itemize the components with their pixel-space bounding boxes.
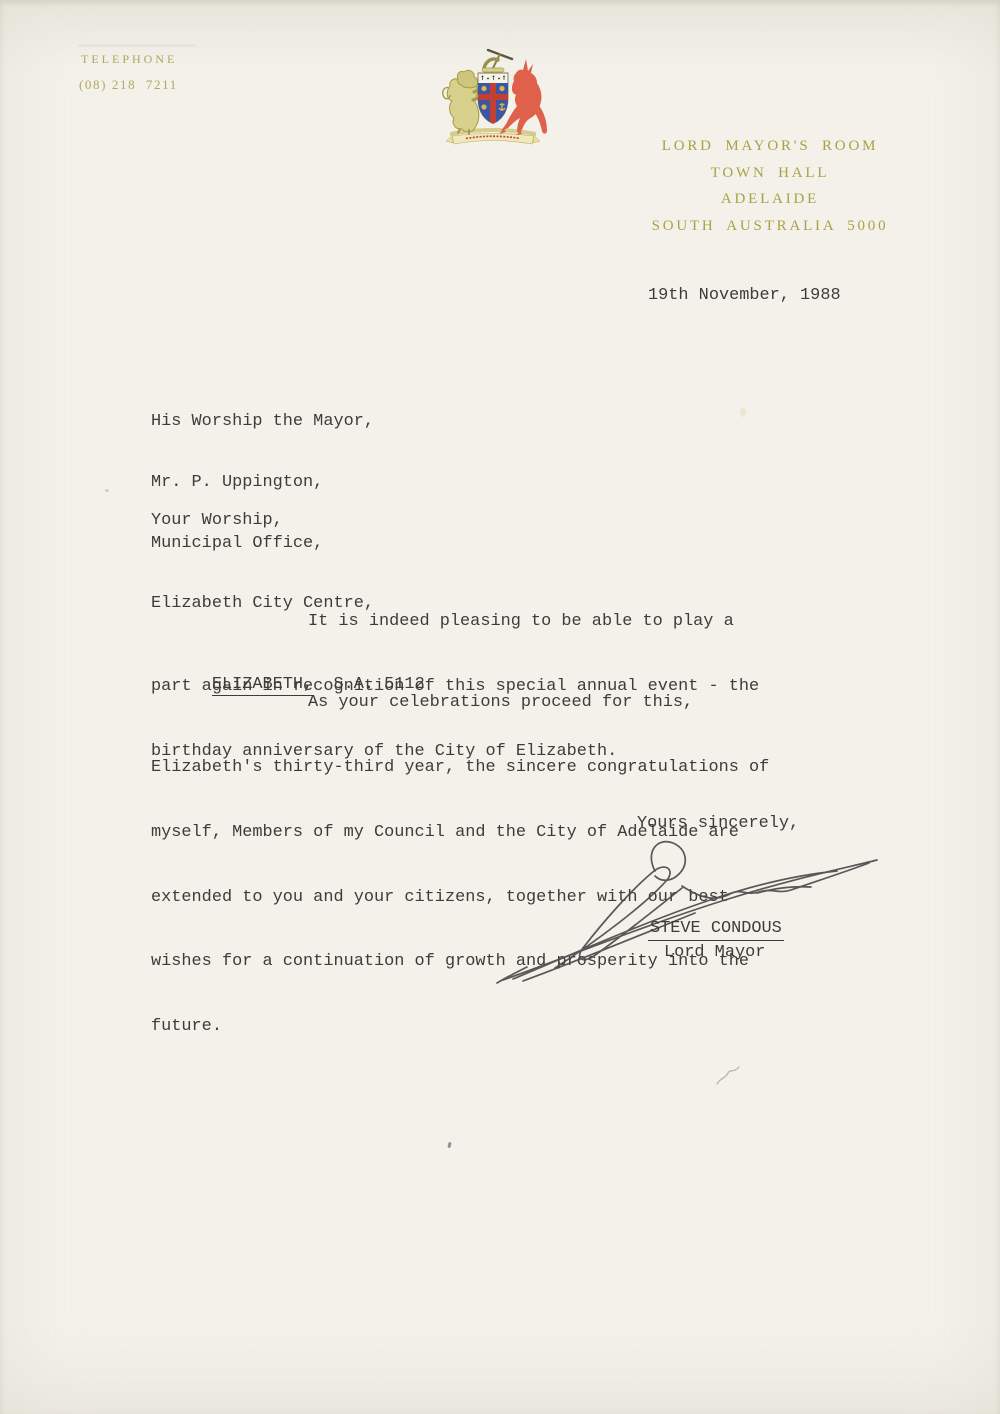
- body-paragraph-2: As your celebrations proceed for this, E…: [151, 649, 799, 1081]
- scan-speck: [740, 408, 746, 417]
- body-line: It is indeed pleasing to be able to play…: [151, 611, 799, 633]
- letterhead-line: SOUTH AUSTRALIA 5000: [570, 213, 970, 240]
- closing: Yours sincerely,: [637, 814, 799, 833]
- body-line: extended to you and your citizens, toget…: [151, 887, 799, 909]
- letterhead-line: TOWN HALL: [570, 160, 970, 187]
- letterhead-line: LORD MAYOR'S ROOM: [570, 133, 970, 160]
- body-line: future.: [151, 1016, 799, 1038]
- telephone-label: TELEPHONE: [81, 52, 177, 67]
- body-line: Elizabeth's thirty-third year, the since…: [151, 757, 799, 779]
- recipient-line: Mr. P. Uppington,: [151, 473, 425, 493]
- city-of-adelaide-crest-icon: [436, 42, 550, 150]
- letterhead-address: LORD MAYOR'S ROOM TOWN HALL ADELAIDE SOU…: [570, 133, 970, 239]
- telephone-number: (08) 218 7211: [79, 77, 178, 93]
- salutation: Your Worship,: [151, 511, 283, 530]
- body-line: As your celebrations proceed for this,: [151, 692, 799, 714]
- crest-arm-and-pick: [482, 50, 512, 72]
- signature-name: STEVE CONDOUS: [648, 919, 784, 941]
- scan-smudge: [78, 44, 196, 47]
- signature-title: Lord Mayor: [664, 943, 765, 962]
- recipient-line: Municipal Office,: [151, 534, 425, 554]
- shield: [478, 73, 508, 124]
- scanned-letter-page: TELEPHONE (08) 218 7211: [0, 0, 1000, 1414]
- scan-speck: [105, 489, 109, 492]
- scan-speck: [447, 1142, 451, 1149]
- letterhead-line: ADELAIDE: [570, 186, 970, 213]
- letter-date: 19th November, 1988: [648, 286, 841, 305]
- recipient-line: His Worship the Mayor,: [151, 412, 425, 432]
